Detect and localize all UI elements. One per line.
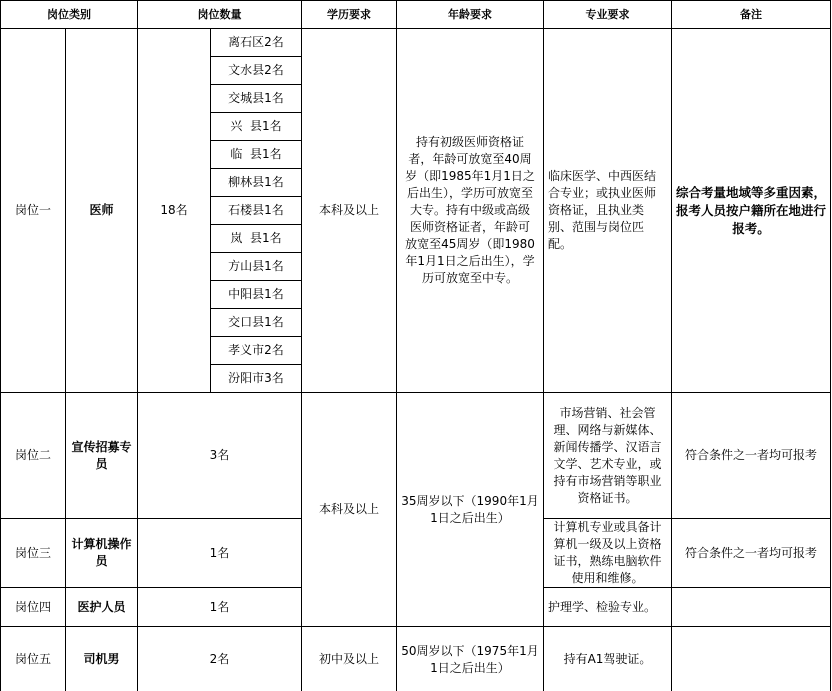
position-title: 医护人员 [66, 588, 138, 627]
position-total: 1名 [138, 519, 302, 588]
table-row-position-1: 岗位一 医师 18名 离石区2名 本科及以上 持有初级医师资格证者，年龄可放宽至… [1, 29, 831, 57]
position-age: 持有初级医师资格证者，年龄可放宽至40周岁（即1985年1月1日之后出生），学历… [397, 29, 544, 393]
position-education: 初中及以上 [302, 627, 397, 691]
region-quota: 交口县1名 [211, 309, 302, 337]
position-remark: 符合条件之一者均可报考 [672, 393, 831, 519]
region-quota: 交城县1名 [211, 85, 302, 113]
position-total: 2名 [138, 627, 302, 691]
header-major: 专业要求 [544, 1, 672, 29]
position-title: 宣传招募专员 [66, 393, 138, 519]
region-quota: 兴 县1名 [211, 113, 302, 141]
region-quota: 中阳县1名 [211, 281, 302, 309]
header-education: 学历要求 [302, 1, 397, 29]
region-quota: 文水县2名 [211, 57, 302, 85]
header-quantity: 岗位数量 [138, 1, 302, 29]
region-quota: 临 县1名 [211, 141, 302, 169]
position-total: 18名 [138, 29, 211, 393]
recruitment-table: 岗位类别 岗位数量 学历要求 年龄要求 专业要求 备注 岗位一 医师 18名 离… [0, 0, 831, 691]
position-age: 50周岁以下（1975年1月1日之后出生） [397, 627, 544, 691]
region-quota: 汾阳市3名 [211, 365, 302, 393]
position-remark: 符合条件之一者均可报考 [672, 519, 831, 588]
table-row-position-5: 岗位五 司机男 2名 初中及以上 50周岁以下（1975年1月1日之后出生） 持… [1, 627, 831, 691]
position-id: 岗位一 [1, 29, 66, 393]
table-row-position-2: 岗位二 宣传招募专员 3名 本科及以上 35周岁以下（1990年1月1日之后出生… [1, 393, 831, 519]
region-quota: 方山县1名 [211, 253, 302, 281]
position-title: 计算机操作员 [66, 519, 138, 588]
position-remark [672, 588, 831, 627]
position-id: 岗位二 [1, 393, 66, 519]
shared-age: 35周岁以下（1990年1月1日之后出生） [397, 393, 544, 627]
position-id: 岗位五 [1, 627, 66, 691]
shared-education: 本科及以上 [302, 393, 397, 627]
region-quota: 孝义市2名 [211, 337, 302, 365]
position-remark: 综合考量地域等多重因素，报考人员按户籍所在地进行报考。 [672, 29, 831, 393]
header-category: 岗位类别 [1, 1, 138, 29]
position-major: 市场营销、社会管理、网络与新媒体、新闻传播学、汉语言文学、艺术专业，或持有市场营… [544, 393, 672, 519]
position-total: 1名 [138, 588, 302, 627]
region-quota: 柳林县1名 [211, 169, 302, 197]
position-major: 临床医学、中西医结合专业；或执业医师资格证，且执业类别、范围与岗位匹配。 [544, 29, 672, 393]
region-quota: 离石区2名 [211, 29, 302, 57]
position-major: 持有A1驾驶证。 [544, 627, 672, 691]
position-remark [672, 627, 831, 691]
header-row: 岗位类别 岗位数量 学历要求 年龄要求 专业要求 备注 [1, 1, 831, 29]
header-age: 年龄要求 [397, 1, 544, 29]
position-id: 岗位三 [1, 519, 66, 588]
region-quota: 石楼县1名 [211, 197, 302, 225]
position-id: 岗位四 [1, 588, 66, 627]
position-major: 计算机专业或具备计算机一级及以上资格证书，熟练电脑软件使用和维修。 [544, 519, 672, 588]
position-title: 司机男 [66, 627, 138, 691]
region-quota: 岚 县1名 [211, 225, 302, 253]
header-remark: 备注 [672, 1, 831, 29]
position-total: 3名 [138, 393, 302, 519]
position-education: 本科及以上 [302, 29, 397, 393]
position-major: 护理学、检验专业。 [544, 588, 672, 627]
position-title: 医师 [66, 29, 138, 393]
